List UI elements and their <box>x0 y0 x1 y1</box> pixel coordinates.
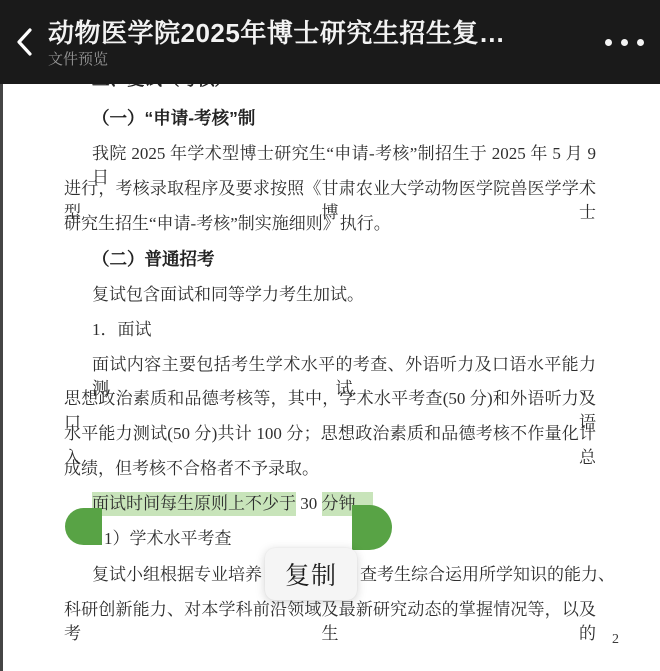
more-menu-button[interactable] <box>588 0 660 84</box>
ellipsis-icon <box>621 39 628 46</box>
body-text-segment: 查考生综合运用所学知识的能力、 <box>360 563 615 587</box>
chevron-left-icon <box>13 25 35 59</box>
copy-button[interactable]: 复制 <box>265 548 357 600</box>
section-heading-clipped: 三、复试（考核） <box>64 84 596 93</box>
back-button[interactable] <box>0 0 48 84</box>
page-edge <box>0 84 3 671</box>
body-line: 科研创新能力、对本学科前沿领域及最新研究动态的掌握情况等，以及考生的 <box>64 598 596 624</box>
body-line: 进行，考核录取程序及要求按照《甘肃农业大学动物医学院兽医学学术型博士 <box>64 177 596 203</box>
heading-apply-assess: （一）“申请-考核”制 <box>64 106 596 132</box>
highlighted-text: 面试时间每生原则上不少于 <box>92 492 296 516</box>
body-line: 我院 2025 年学术型博士研究生“申请-考核”制招生于 2025 年 5 月 … <box>64 142 596 168</box>
highlighted-number: 30 <box>296 494 322 513</box>
document-page[interactable]: 三、复试（考核） （一）“申请-考核”制 我院 2025 年学术型博士研究生“申… <box>0 84 660 671</box>
header-title-block: 动物医学院2025年博士研究生招生复… 文件预览 <box>48 15 588 70</box>
body-line: 研究生招生“申请-考核”制实施细则》执行。 <box>64 212 596 238</box>
file-preview-screen: 动物医学院2025年博士研究生招生复… 文件预览 三、复试（考核） （一）“申请… <box>0 0 660 671</box>
body-line: 面试内容主要包括考生学术水平的考查、外语听力及口语水平能力测试、 <box>64 353 596 379</box>
body-line: 思想政治素质和品德考核等，其中，学术水平考查(50 分)和外语听力及口语 <box>64 387 596 413</box>
body-line: 复试包含面试和同等学力考生加试。 <box>64 283 596 309</box>
preview-subtitle: 文件预览 <box>48 50 588 70</box>
ellipsis-icon <box>637 39 644 46</box>
document-title: 动物医学院2025年博士研究生招生复… <box>48 17 588 49</box>
subheading-interview: 1．面试 <box>64 318 596 344</box>
body-line: 水平能力测试(50 分)共计 100 分；思想政治素质和品德考核不作量化计入总 <box>64 422 596 448</box>
selected-text-line: 面试时间每生原则上不少于 30 分钟。 <box>64 492 596 518</box>
selection-handle-start[interactable] <box>65 508 102 545</box>
app-header: 动物医学院2025年博士研究生招生复… 文件预览 <box>0 0 660 84</box>
page-number: 2 <box>612 632 619 648</box>
body-line: 成绩，但考核不合格者不予录取。 <box>64 457 596 483</box>
heading-general-admission: （二）普通招考 <box>64 247 596 273</box>
body-text-segment: 复试小组根据专业培养目 <box>92 565 279 584</box>
ellipsis-icon <box>605 39 612 46</box>
